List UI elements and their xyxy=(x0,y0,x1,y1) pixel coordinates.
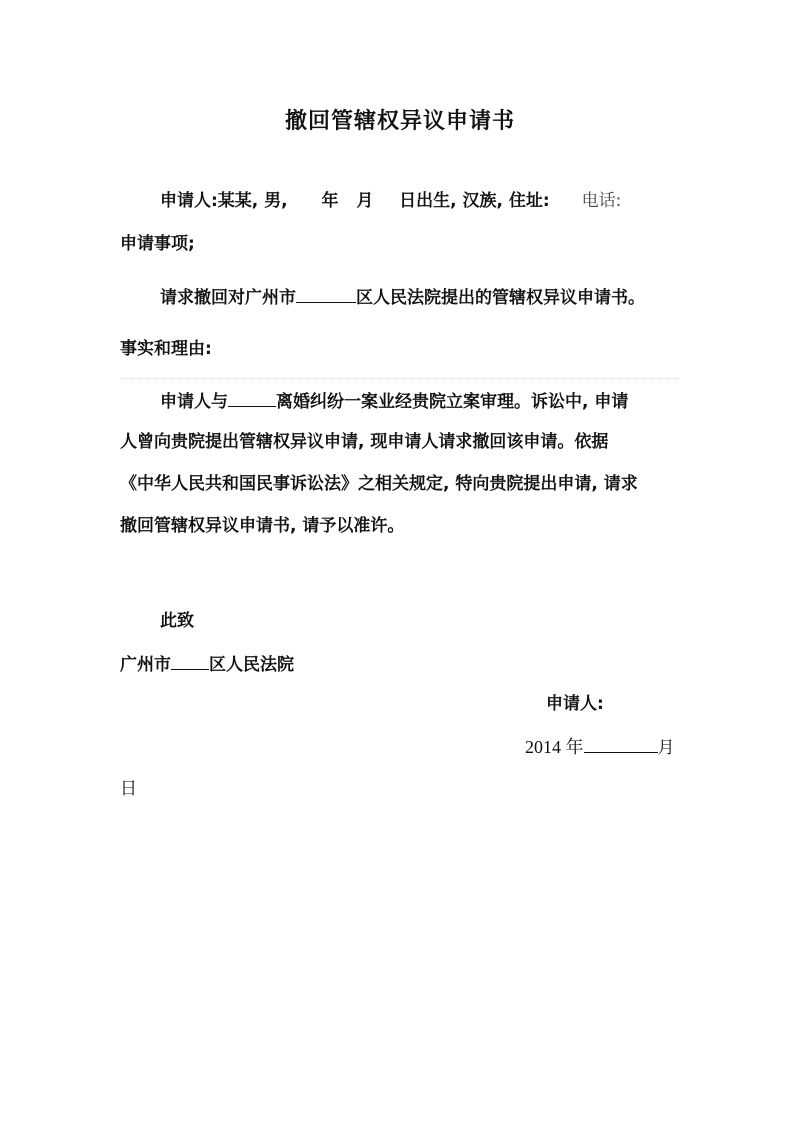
salutation: 此致 xyxy=(160,610,194,632)
signature-label: 申请人: xyxy=(546,693,604,715)
facts-line-1: 申请人与离婚纠纷一案业经贵院立案审理。诉讼中, 申请 xyxy=(160,390,628,413)
facts-line-1-end: 离婚纠纷一案业经贵院立案审理。诉讼中, 申请 xyxy=(276,392,628,412)
request-body-start: 请求撤回对广州市 xyxy=(160,288,296,308)
date-line: 2014 年月 xyxy=(525,736,675,759)
applicant-prefix: 申请人:某某, 男, xyxy=(160,191,288,211)
date-year: 2014 年 xyxy=(525,737,584,757)
party-blank xyxy=(228,390,276,407)
birth-day-address-label: 日出生, 汉族, 住址: xyxy=(399,191,550,211)
court-addressee: 广州市区人民法院 xyxy=(120,653,294,676)
dotted-divider xyxy=(120,378,680,379)
facts-line-1-start: 申请人与 xyxy=(160,392,228,412)
birth-year-label: 年 xyxy=(321,191,338,211)
facts-line-4: 撤回管辖权异议申请书, 请予以准许。 xyxy=(120,515,404,537)
court-name: 区人民法院 xyxy=(209,655,294,675)
date-month-blank xyxy=(584,736,658,753)
birth-month-label: 月 xyxy=(356,191,373,211)
request-body-end: 区人民法院提出的管辖权异议申请书。 xyxy=(356,288,645,308)
facts-line-2: 人曾向贵院提出管辖权异议申请, 现申请人请求撤回该申请。依据 xyxy=(120,431,608,453)
document-title: 撤回管辖权异议申请书 xyxy=(0,104,800,135)
request-heading: 申请事项; xyxy=(120,233,195,255)
facts-heading: 事实和理由: xyxy=(120,338,212,360)
date-month: 月 xyxy=(658,738,675,758)
request-body: 请求撤回对广州市区人民法院提出的管辖权异议申请书。 xyxy=(160,286,645,309)
facts-line-3: 《中华人民共和国民事诉讼法》之相关规定, 特向贵院提出申请, 请求 xyxy=(120,473,638,495)
district-blank xyxy=(296,286,356,303)
applicant-info-line: 申请人:某某, 男, 年 月 日出生, 汉族, 住址: 电话: xyxy=(160,190,621,212)
date-day: 日 xyxy=(120,778,137,800)
court-city: 广州市 xyxy=(120,655,171,675)
court-district-blank xyxy=(171,653,209,670)
phone-label: 电话: xyxy=(582,191,622,211)
